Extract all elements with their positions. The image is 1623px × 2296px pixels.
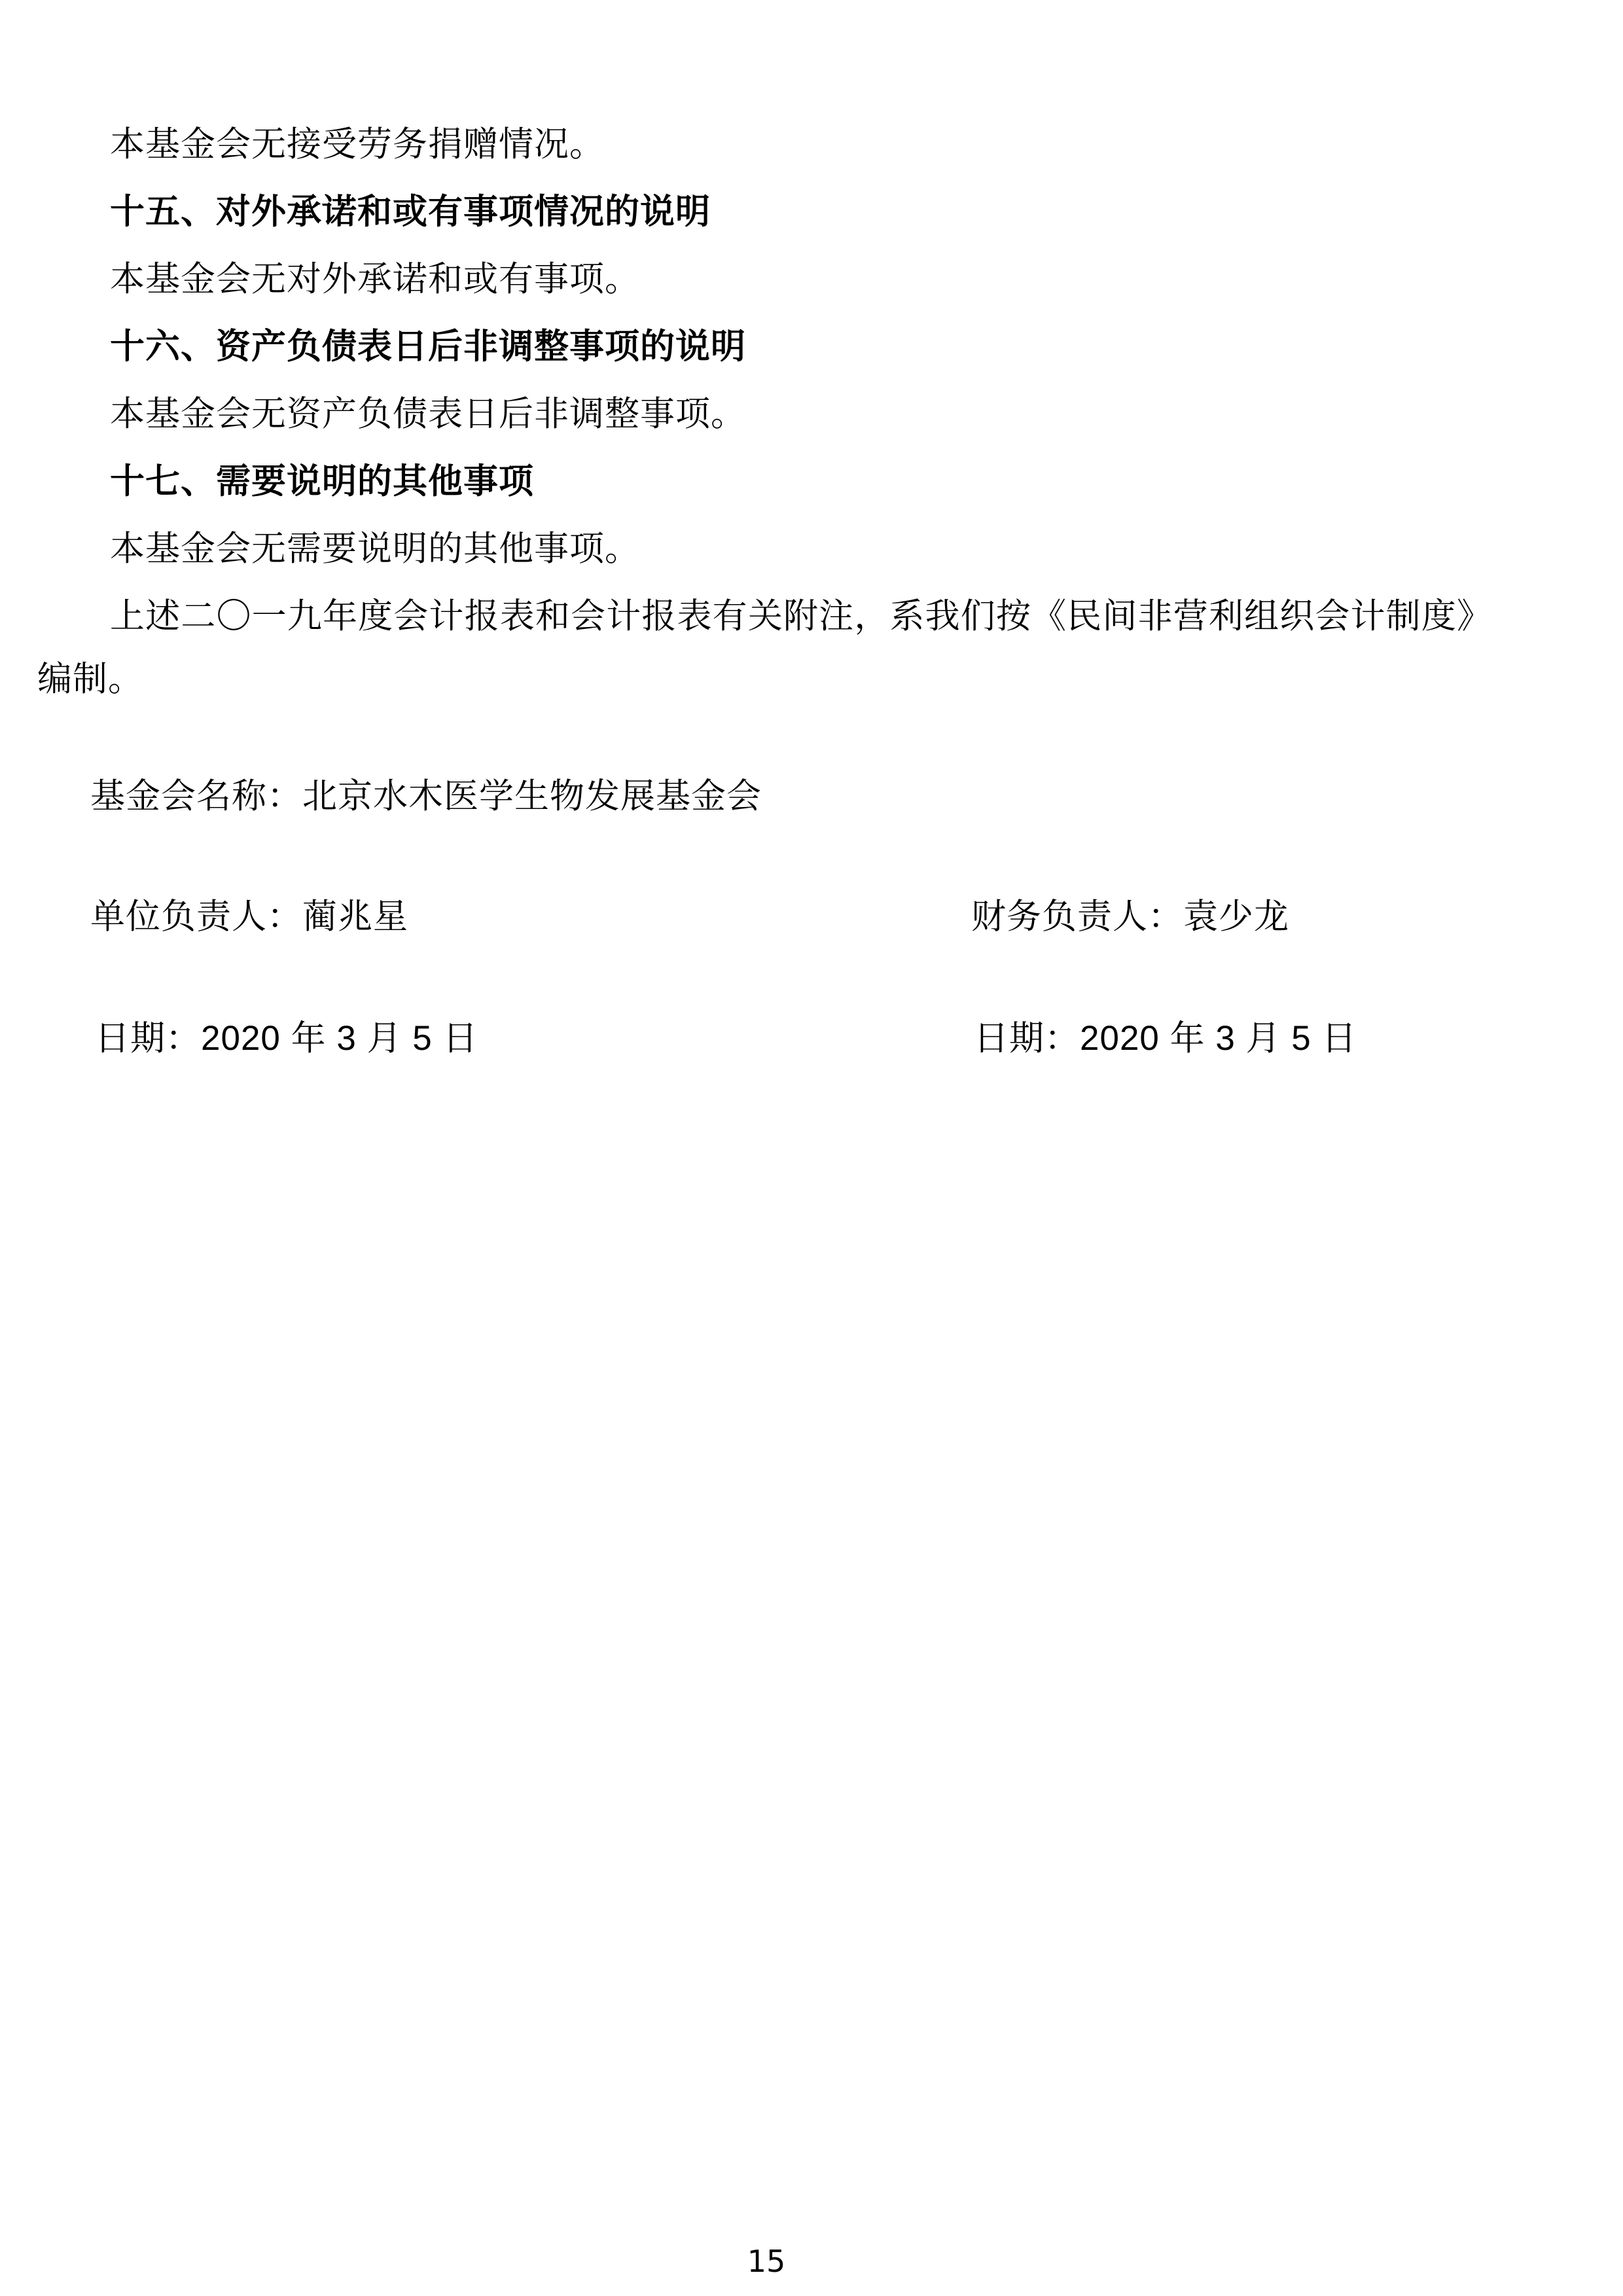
date-left-line: 日期：2020 年 3 月 5 日 <box>95 1018 478 1060</box>
paragraph-no-commitments: 本基金会无对外承诺和或有事项。 <box>110 259 640 301</box>
section-heading-16: 十六、资产负债表日后非调整事项的说明 <box>110 327 746 368</box>
date-right-line: 日期：2020 年 3 月 5 日 <box>974 1018 1357 1060</box>
foundation-name-label: 基金会名称： <box>90 778 302 816</box>
closing-paragraph-line2: 编制。 <box>37 659 143 701</box>
unit-head-label: 单位负责人： <box>90 898 302 936</box>
paragraph-no-other-matters: 本基金会无需要说明的其他事项。 <box>110 529 640 571</box>
paragraph-no-post-balance-events: 本基金会无资产负债表日后非调整事项。 <box>110 394 746 436</box>
foundation-name-line: 基金会名称：北京水木医学生物发展基金会 <box>90 776 762 818</box>
date-right-value: 2020 年 3 月 5 日 <box>1080 1019 1357 1058</box>
date-right-label: 日期： <box>974 1020 1080 1058</box>
date-left-value: 2020 年 3 月 5 日 <box>201 1019 478 1058</box>
section-heading-17: 十七、需要说明的其他事项 <box>110 461 534 503</box>
finance-head-label: 财务负责人： <box>971 898 1183 936</box>
finance-head-line: 财务负责人：袁少龙 <box>971 897 1289 939</box>
unit-head-line: 单位负责人：蔺兆星 <box>90 897 408 939</box>
document-page: 本基金会无接受劳务捐赠情况。 十五、对外承诺和或有事项情况的说明 本基金会无对外… <box>0 0 1623 2296</box>
date-left-label: 日期： <box>95 1020 201 1058</box>
closing-paragraph-line1: 上述二〇一九年度会计报表和会计报表有关附注，系我们按《民间非营利组织会计制度》 <box>110 596 1492 638</box>
finance-head-value: 袁少龙 <box>1183 898 1289 936</box>
section-heading-15: 十五、对外承诺和或有事项情况的说明 <box>110 192 711 234</box>
foundation-name-value: 北京水木医学生物发展基金会 <box>302 778 762 816</box>
paragraph-no-labor-donation: 本基金会无接受劳务捐赠情况。 <box>110 124 605 166</box>
page-number: 15 <box>37 2244 1495 2280</box>
unit-head-value: 蔺兆星 <box>302 898 408 936</box>
